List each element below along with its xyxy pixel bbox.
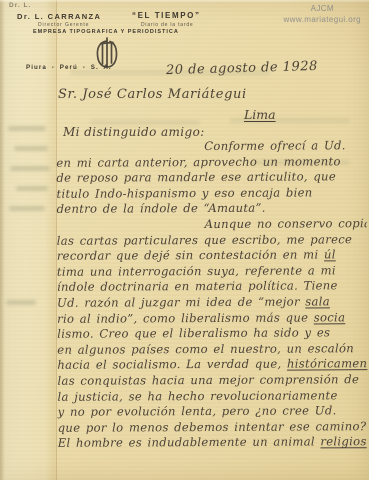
underlined-word: históricamente, xyxy=(287,357,367,371)
underlined-word: religios xyxy=(320,434,366,448)
handwritten-text: las conquistas hacia una mejor comprensi… xyxy=(57,372,359,388)
underlined-word: sala xyxy=(305,294,330,308)
handwritten-line: tima una interrogación suya, referente a… xyxy=(57,263,367,280)
handwritten-line: Aunque no conservo copia de xyxy=(57,216,367,233)
handwritten-line: hacia el socialismo. La verdad que, hist… xyxy=(57,357,367,374)
handwritten-text: titulo Indo-hispanismo y eso encaja bien xyxy=(56,185,312,200)
handwritten-text: la justicia, se ha hecho revolucionariam… xyxy=(57,388,337,403)
handwritten-line: El hombre es indudablemente un animal re… xyxy=(58,434,368,451)
letterhead-newspaper-name: “EL TIEMPO” xyxy=(132,11,201,20)
letter-addressee: Sr. José Carlos Mariátegui xyxy=(58,87,247,102)
handwritten-text: de reposo para mandarle ese articulito, … xyxy=(56,170,336,185)
handwritten-text: rio al indio”, como liberalismo más que xyxy=(57,310,314,325)
letter-addressee-city: Lima xyxy=(244,107,276,122)
handwritten-text: índole doctrinaria en materia política. … xyxy=(57,279,338,294)
bleed-through-mark xyxy=(14,146,48,151)
handwritten-line: Conforme ofrecí a Ud. xyxy=(56,138,366,155)
handwritten-line: y no por evolución lenta, pero ¿no cree … xyxy=(58,403,368,420)
handwritten-line: en algunos países como el nuestro, un es… xyxy=(57,341,367,358)
letter-scan-page: Dr. L. Dr. L. CARRANZA Director Gerente … xyxy=(0,0,369,480)
underlined-word: úl xyxy=(324,248,336,262)
letterhead-location: Piura - Perú - S. A. xyxy=(26,64,112,71)
bleed-through-mark xyxy=(8,126,46,131)
handwritten-line: lismo. Creo que el liberalismo ha sido y… xyxy=(57,325,367,342)
archive-watermark: AJCM www.mariategui.org xyxy=(284,4,361,25)
bleed-through-mark xyxy=(9,206,45,211)
handwritten-line: que por lo menos debemos intentar ese ca… xyxy=(58,419,368,436)
handwritten-line: dentro de la índole de “Amauta”. xyxy=(57,201,367,218)
handwritten-text: recordar que dejé sin contestación en mi xyxy=(57,248,324,263)
letterhead-ghost-print: Dr. L. xyxy=(9,2,31,9)
archive-watermark-initials: AJCM xyxy=(284,4,361,15)
handwritten-text: Conforme ofrecí a Ud. xyxy=(204,138,346,153)
handwritten-line: rio al indio”, como liberalismo más que … xyxy=(57,310,367,327)
handwritten-text: Aunque no conservo copia de xyxy=(205,216,367,231)
handwritten-line: la justicia, se ha hecho revolucionariam… xyxy=(57,388,367,405)
handwritten-text: las cartas particulares que escribo, me … xyxy=(57,232,353,248)
paper-fold-strip xyxy=(0,0,56,480)
handwritten-line: índole doctrinaria en materia política. … xyxy=(57,279,367,296)
handwritten-text: hacia el socialismo. La verdad que, xyxy=(57,357,287,372)
letterhead-director-title: Director Gerente xyxy=(38,22,89,28)
underlined-word: socia xyxy=(314,310,346,324)
handwritten-line: recordar que dejé sin contestación en mi… xyxy=(57,247,367,264)
letterhead-director-name: Dr. L. CARRANZA xyxy=(17,12,101,21)
bleed-through-mark xyxy=(16,186,48,191)
letterhead-newspaper-subtitle: Diario de la tarde xyxy=(141,22,193,28)
handwritten-text: en mi carta anterior, aprovecho un momen… xyxy=(56,154,340,169)
handwritten-text: dentro de la índole de “Amauta”. xyxy=(57,201,266,216)
handwritten-line: las cartas particulares que escribo, me … xyxy=(57,232,367,249)
handwritten-text: tima una interrogación suya, referente a… xyxy=(57,263,336,278)
handwritten-line: en mi carta anterior, aprovecho un momen… xyxy=(56,154,366,171)
paper-left-edge xyxy=(0,0,5,480)
letter-salutation: Mi distinguido amigo: xyxy=(63,125,205,139)
bleed-through-mark xyxy=(10,166,50,171)
handwritten-text: y no por evolución lenta, pero ¿no cree … xyxy=(58,403,337,418)
handwritten-line: las conquistas hacia una mejor comprensi… xyxy=(57,372,367,389)
bleed-through-mark xyxy=(6,300,36,305)
handwritten-text: en algunos países como el nuestro, un es… xyxy=(57,341,354,357)
handwritten-line: titulo Indo-hispanismo y eso encaja bien xyxy=(56,185,366,202)
handwritten-line: Ud. razón al juzgar mi idea de “mejor sa… xyxy=(57,294,367,311)
handwritten-text: que por lo menos debemos intentar ese ca… xyxy=(58,419,367,435)
handwritten-text: El hombre es indudablemente un animal xyxy=(58,435,321,450)
handwritten-line: de reposo para mandarle ese articulito, … xyxy=(56,169,366,186)
handwritten-text: lismo. Creo que el liberalismo ha sido y… xyxy=(57,326,330,341)
letter-body: Conforme ofrecí a Ud.en mi carta anterio… xyxy=(56,138,368,451)
handwritten-text: Ud. razón al juzgar mi idea de “mejor xyxy=(57,294,305,309)
archive-watermark-url: www.mariategui.org xyxy=(284,15,361,26)
